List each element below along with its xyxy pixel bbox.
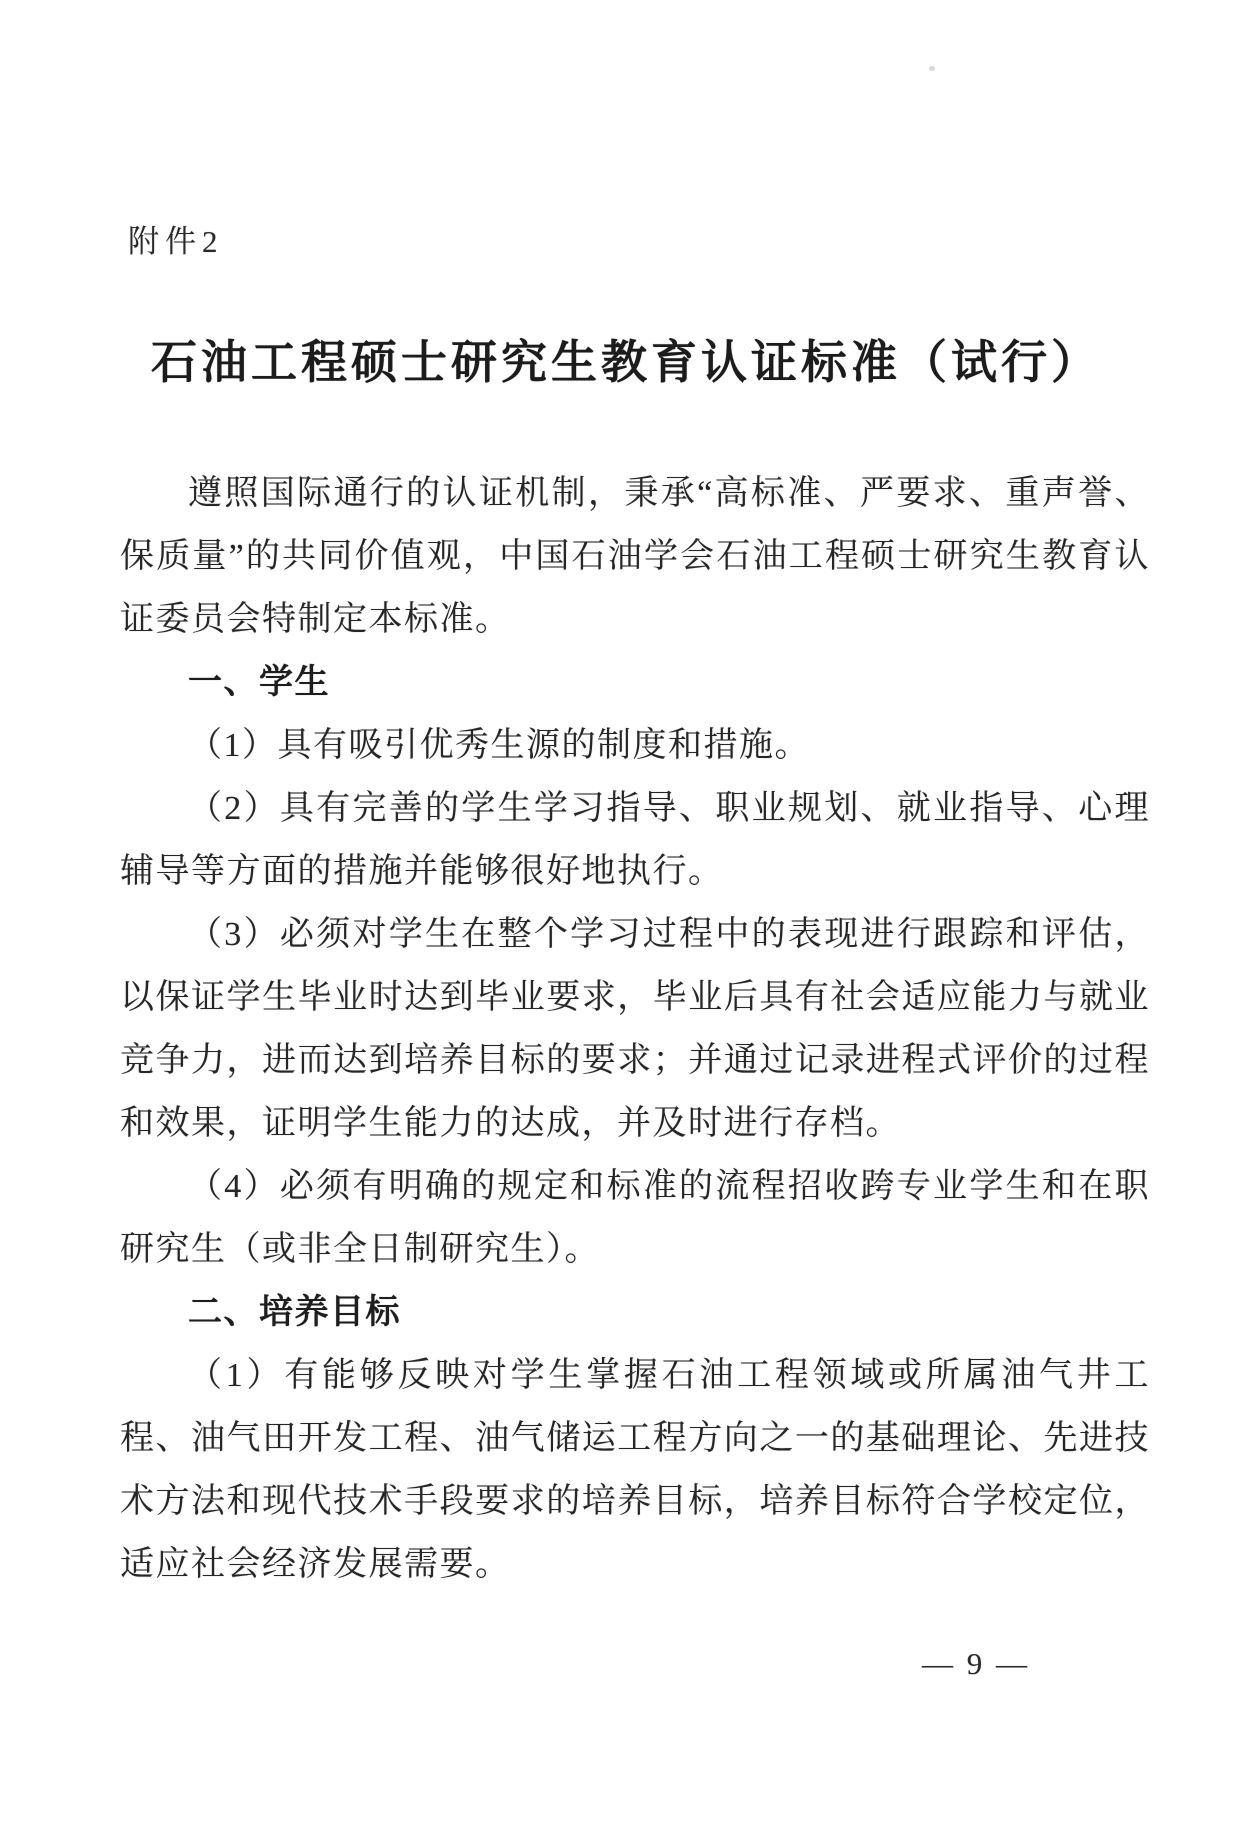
document-body: 遵照国际通行的认证机制，秉承“高标准、严要求、重声誉、保质量”的共同价值观，中国… bbox=[120, 462, 1150, 1596]
section-1-heading: 一、学生 bbox=[120, 651, 1150, 714]
scan-artifact-dot bbox=[929, 66, 935, 71]
section-1-item-1: （1）具有吸引优秀生源的制度和措施。 bbox=[120, 714, 1150, 777]
document-page: 附件2 石油工程硕士研究生教育认证标准（试行） 遵照国际通行的认证机制，秉承“高… bbox=[0, 0, 1252, 1835]
document-title: 石油工程硕士研究生教育认证标准（试行） bbox=[0, 330, 1252, 396]
page-number: — 9 — bbox=[922, 1644, 1030, 1684]
intro-paragraph: 遵照国际通行的认证机制，秉承“高标准、严要求、重声誉、保质量”的共同价值观，中国… bbox=[120, 462, 1150, 651]
section-1-item-3: （3）必须对学生在整个学习过程中的表现进行跟踪和评估，以保证学生毕业时达到毕业要… bbox=[120, 903, 1150, 1155]
section-1-item-2: （2）具有完善的学生学习指导、职业规划、就业指导、心理辅导等方面的措施并能够很好… bbox=[120, 777, 1150, 903]
section-2-item-1: （1）有能够反映对学生掌握石油工程领域或所属油气井工程、油气田开发工程、油气储运… bbox=[120, 1344, 1150, 1596]
section-2-heading: 二、培养目标 bbox=[120, 1281, 1150, 1344]
attachment-label: 附件2 bbox=[128, 222, 224, 262]
section-1-item-4: （4）必须有明确的规定和标准的流程招收跨专业学生和在职研究生（或非全日制研究生）… bbox=[120, 1155, 1150, 1281]
